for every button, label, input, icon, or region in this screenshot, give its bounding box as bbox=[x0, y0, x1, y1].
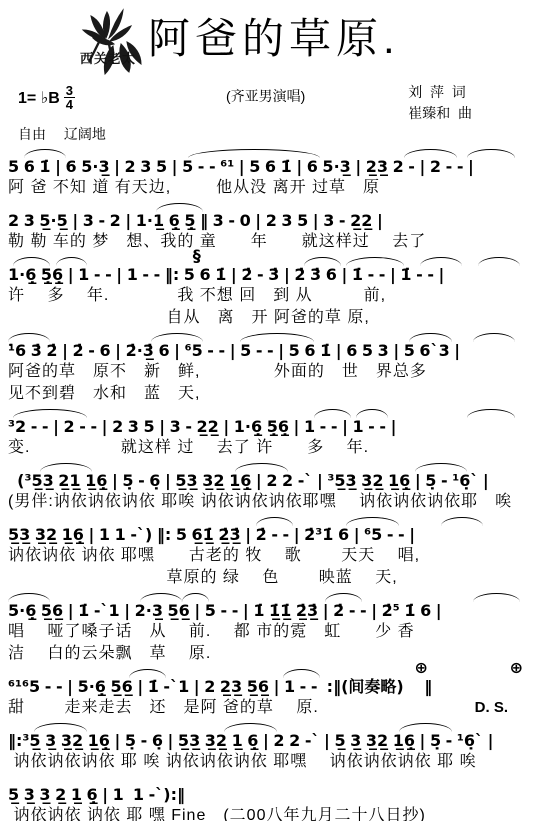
tempo-marking: 自由 辽阔地 bbox=[8, 124, 536, 144]
music-line: ¹̇6 3̇ 2̇ | 2̇ - 6 | 2̇·3̲̇ 6 | ⁶5 - - |… bbox=[8, 330, 536, 405]
slur-arc bbox=[467, 149, 515, 158]
slur-arc bbox=[346, 257, 404, 266]
notation-row: 5 6 1̇ | 6 5·3̲ | 2 3 5 | 5 - - ⁶¹ | 5 6… bbox=[8, 146, 536, 177]
lyric-row: 讷依讷依 讷依 耶嘿 古老的 牧 歌 天天 唱, bbox=[8, 545, 420, 567]
lyric-row: 变. 就这样 过 去了 许 多 年. bbox=[8, 437, 369, 459]
slur-arc bbox=[8, 333, 50, 342]
slur-arc bbox=[56, 257, 88, 266]
slur-arc bbox=[256, 517, 293, 526]
lyric-row: (男伴:讷依讷依讷依 耶唉 讷依讷依讷依耶嘿 讷依讷依讷依耶 唉 bbox=[8, 491, 512, 513]
author-credits: 刘 萍 词崔臻和 曲 bbox=[408, 82, 472, 124]
slur-arc bbox=[151, 333, 204, 342]
slur-arc bbox=[399, 723, 452, 732]
slur-arc bbox=[473, 593, 521, 602]
slur-arc bbox=[188, 149, 320, 158]
lyric-row-2: 见不到碧 水和 蓝 天, bbox=[8, 383, 200, 405]
notation-row: 5·6̣̲ 5̲6̲ | 1̇ -ˋ1 | 2·3̲ 5̲6̲ | 5 - - … bbox=[8, 590, 536, 621]
notation-row: ‖:³5̲ 3̲ 3̲2̲ 1̲6̣̲ | 5̣ - 6̣ | 5̲3̲ 3̲2… bbox=[8, 720, 536, 751]
notation-row: (³5̲3̲ 2̲1̲ 1̲6̣̲ | 5̣ - 6̣ | 5̲3̲ 3̲2̲ … bbox=[8, 460, 536, 491]
lyricist-credit: 刘 萍 词 bbox=[408, 82, 472, 103]
slur-arc bbox=[478, 257, 520, 266]
key-label: 1= ♭B bbox=[18, 88, 60, 108]
coda-icon: ⊕ bbox=[510, 660, 523, 676]
lyric-row: 阿 爸 不知 道 有天边, 他从没 离开 过草 原 bbox=[8, 177, 380, 199]
music-line: 5 6 1̇ | 6 5·3̲ | 2 3 5 | 5 - - ⁶¹ | 5 6… bbox=[8, 146, 536, 199]
lyric-row: 讷依讷依 讷依 耶 嘿 Fine (二00八年九月二十八日抄) bbox=[8, 805, 426, 821]
slur-arc bbox=[404, 149, 457, 158]
slur-arc bbox=[240, 333, 314, 342]
transcriber-name: 西关老太 bbox=[66, 48, 150, 67]
slur-arc bbox=[441, 517, 483, 526]
key-signature: 1= ♭B 3 4 bbox=[18, 84, 75, 111]
sheet-music-page: 西关老太 阿爸的草原. 1= ♭B 3 4 (齐亚男演唱) 刘 萍 词崔臻和 曲… bbox=[0, 0, 544, 821]
notation-row: 5̲3̲ 3̲2̲ 1̲6̣̲ | 1 1 -ˋ) ‖: 5 6̲1̲̇ 2̲̇… bbox=[8, 514, 536, 545]
slur-arc bbox=[346, 517, 399, 526]
score-body: 5 6 1̇ | 6 5·3̲ | 2 3 5 | 5 - - ⁶¹ | 5 6… bbox=[8, 146, 536, 821]
lyric-row-2: 洁 白的云朵飘 草 原. bbox=[8, 643, 211, 665]
music-line: 5·6̣̲ 5̲6̲ | 1̇ -ˋ1 | 2·3̲ 5̲6̲ | 5 - - … bbox=[8, 590, 536, 665]
slur-arc bbox=[283, 669, 320, 678]
slur-arc bbox=[473, 333, 515, 342]
slur-arc bbox=[314, 409, 351, 418]
lyric-row: 唱 哑了嗓子话 从 前. 都 市的霓 虹 少 香 bbox=[8, 621, 415, 643]
notation-row: ⁶¹⁶5 - - | 5·6̣̲ 5̲6̲ | 1̇ -ˋ1 | 2 2̲3̲ … bbox=[8, 666, 536, 697]
slur-arc bbox=[325, 593, 362, 602]
notation-row: ¹̇6 3̇ 2̇ | 2̇ - 6 | 2̇·3̲̇ 6 | ⁶5 - - |… bbox=[8, 330, 536, 361]
slur-arc bbox=[182, 593, 208, 602]
slur-arc bbox=[415, 463, 468, 472]
transcriber-logo: 西关老太 bbox=[66, 4, 150, 80]
slur-arc bbox=[34, 723, 87, 732]
slur-arc bbox=[8, 593, 50, 602]
notation-row: 2 3 5̲·5̲ | 3 - 2 | 1·1̲ 6̣̲ 5̣̲ ‖ 3 - 0… bbox=[8, 200, 536, 231]
lyric-row: 讷依讷依讷依 耶 唉 讷依讷依讷依 耶嘿 讷依讷依讷依 耶 唉 bbox=[8, 751, 477, 773]
music-line: 5̲3̲ 3̲2̲ 1̲6̣̲ | 1 1 -ˋ) ‖: 5 6̲1̲̇ 2̲̇… bbox=[8, 514, 536, 589]
time-signature: 3 4 bbox=[64, 84, 75, 111]
music-line: ⁶¹⁶5 - - | 5·6̣̲ 5̲6̲ | 1̇ -ˋ1 | 2 2̲3̲ … bbox=[8, 666, 536, 719]
slur-arc bbox=[235, 463, 288, 472]
performer-credit: (齐亚男演唱) bbox=[226, 86, 305, 106]
music-line: 5̲ 3̲ 3̲ 2̲ 1̲ 6̣̲ | 1 1 -ˋ):‖ 讷依讷依 讷依 耶… bbox=[8, 774, 536, 821]
slur-arc bbox=[24, 149, 66, 158]
slur-arc bbox=[129, 669, 166, 678]
slur-arc bbox=[420, 257, 462, 266]
lyric-row-2: 自从 离 开 阿爸的草 原, bbox=[8, 307, 370, 329]
lyric-row: 甜 走来走去 还 是阿 爸的草 原. bbox=[8, 697, 319, 719]
coda-icon: ⊕ bbox=[415, 660, 428, 676]
meter-denominator: 4 bbox=[66, 98, 73, 111]
slur-arc bbox=[467, 409, 515, 418]
slur-arc bbox=[13, 409, 87, 418]
composer-credit: 崔臻和 曲 bbox=[408, 103, 472, 124]
notation-row: ³2 - - | 2 - - | 2 3 5 | 3 - 2̲2̲ | 1·6̣… bbox=[8, 406, 536, 437]
slur-arc bbox=[224, 723, 277, 732]
slur-arc bbox=[13, 257, 50, 266]
meter-numerator: 3 bbox=[64, 84, 75, 98]
dal-segno-label: D. S. bbox=[475, 699, 508, 716]
music-line: 1·6̣̲ 5̣̲6̣̲ | 1 - - | 1 - - ‖: 5 6 1̇ |… bbox=[8, 254, 536, 329]
music-line: (³5̲3̲ 2̲1̲ 1̲6̣̲ | 5̣ - 6̣ | 5̲3̲ 3̲2̲ … bbox=[8, 460, 536, 513]
lyric-row: 阿爸的草 原不 新 鲜, 外面的 世 界总多 bbox=[8, 361, 427, 383]
score-meta: 1= ♭B 3 4 (齐亚男演唱) 刘 萍 词崔臻和 曲 bbox=[8, 82, 536, 124]
lyric-row-2: 草原的 绿 色 映蓝 天, bbox=[8, 567, 398, 589]
slur-arc bbox=[304, 257, 341, 266]
score-header: 西关老太 阿爸的草原. bbox=[8, 4, 536, 82]
slur-arc bbox=[140, 593, 182, 602]
slur-arc bbox=[409, 333, 451, 342]
slur-arc bbox=[40, 463, 93, 472]
slur-arc bbox=[356, 409, 388, 418]
lyric-row: 勒 勒 车的 梦 想、我的 童 年 就这样过 去了 bbox=[8, 231, 426, 253]
lyric-row: 许 多 年. 我 不想 回 到 从 前, bbox=[8, 285, 386, 307]
notation-row: 1·6̣̲ 5̣̲6̣̲ | 1 - - | 1 - - ‖: 5 6 1̇ |… bbox=[8, 254, 536, 285]
notation-row: 5̲ 3̲ 3̲ 2̲ 1̲ 6̣̲ | 1 1 -ˋ):‖ bbox=[8, 774, 536, 805]
song-title: 阿爸的草原. bbox=[148, 6, 400, 66]
music-line: ‖:³5̲ 3̲ 3̲2̲ 1̲6̣̲ | 5̣ - 6̣ | 5̲3̲ 3̲2… bbox=[8, 720, 536, 773]
music-line: 2 3 5̲·5̲ | 3 - 2 | 1·1̲ 6̣̲ 5̣̲ ‖ 3 - 0… bbox=[8, 200, 536, 253]
segno-icon: § bbox=[193, 248, 201, 264]
slur-arc bbox=[156, 203, 204, 212]
music-line: ³2 - - | 2 - - | 2 3 5 | 3 - 2̲2̲ | 1·6̣… bbox=[8, 406, 536, 459]
